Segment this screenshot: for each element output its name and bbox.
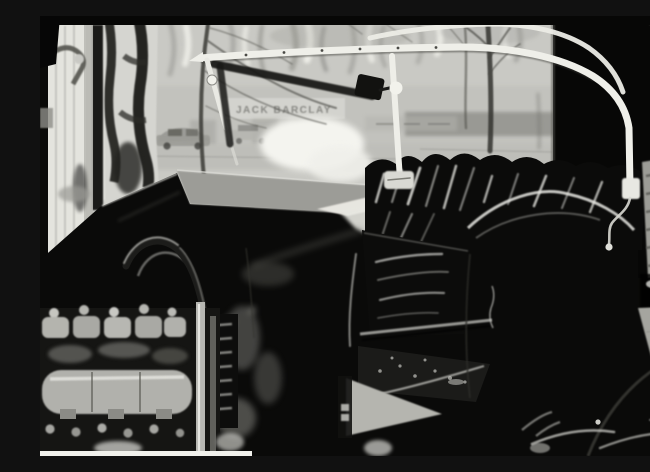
wall-beam xyxy=(40,108,53,128)
post-fitting xyxy=(58,186,90,202)
door-latch-dot xyxy=(595,419,600,424)
backdrop-sign-text: JACK BARCLAY xyxy=(236,105,332,116)
floor-right xyxy=(638,306,650,360)
bow-end-bracket xyxy=(622,178,640,199)
door-hinges xyxy=(338,376,352,438)
photo-canvas: JACK BARCLAY xyxy=(40,16,650,456)
manifold xyxy=(42,370,192,419)
backdrop-white-awning-lower xyxy=(308,146,372,182)
photo-border-strip xyxy=(40,451,252,456)
engine xyxy=(40,302,244,456)
vintage-car-photograph: JACK BARCLAY xyxy=(40,16,650,456)
